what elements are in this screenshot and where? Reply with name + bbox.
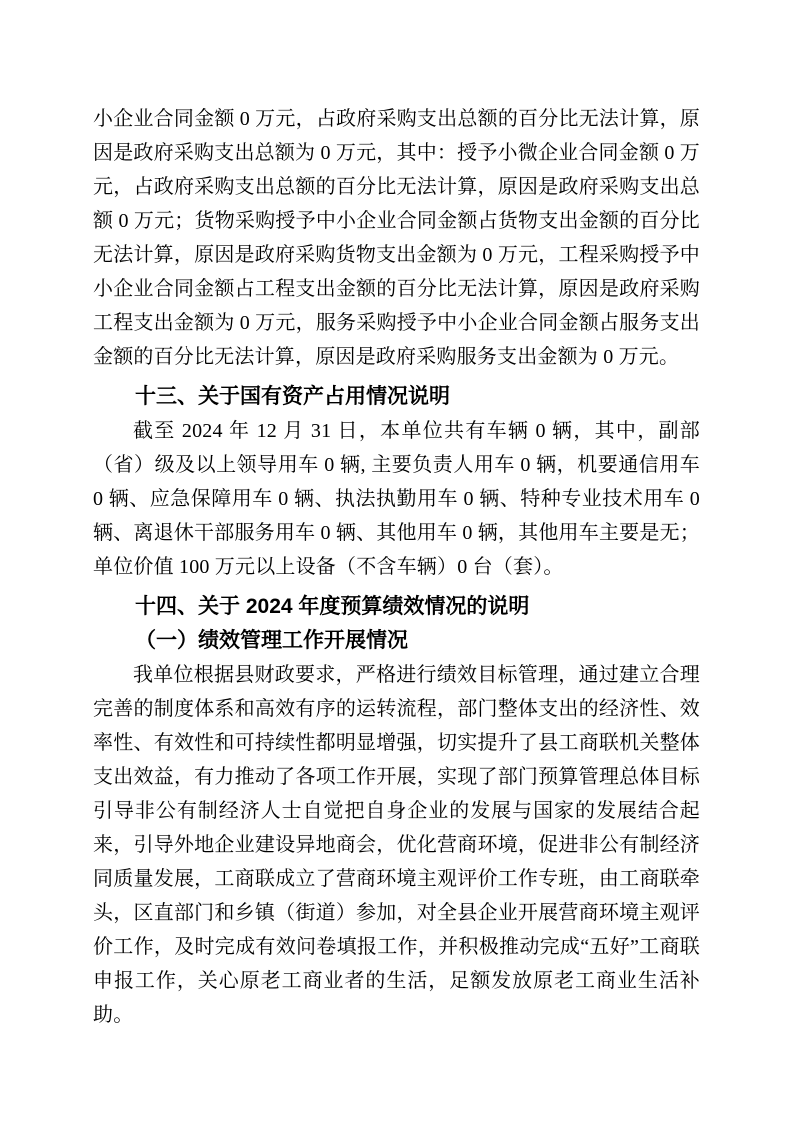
- section-13-heading: 十三、关于国有资产占用情况说明: [93, 380, 700, 414]
- document-page: 小企业合同金额 0 万元，占政府采购支出总额的百分比无法计算，原因是政府采购支出…: [0, 0, 793, 1122]
- document-content: 小企业合同金额 0 万元，占政府采购支出总额的百分比无法计算，原因是政府采购支出…: [93, 0, 700, 1032]
- paragraph-state-assets: 截至 2024 年 12 月 31 日，本单位共有车辆 0 辆，其中，副部（省）…: [93, 414, 700, 584]
- section-14-heading: 十四、关于 2024 年度预算绩效情况的说明: [93, 590, 700, 624]
- paragraph-performance-management: 我单位根据县财政要求，严格进行绩效目标管理，通过建立合理完善的制度体系和高效有序…: [93, 658, 700, 1032]
- paragraph-procurement-continued: 小企业合同金额 0 万元，占政府采购支出总额的百分比无法计算，原因是政府采购支出…: [93, 102, 700, 374]
- section-14-subheading: （一）绩效管理工作开展情况: [93, 624, 700, 658]
